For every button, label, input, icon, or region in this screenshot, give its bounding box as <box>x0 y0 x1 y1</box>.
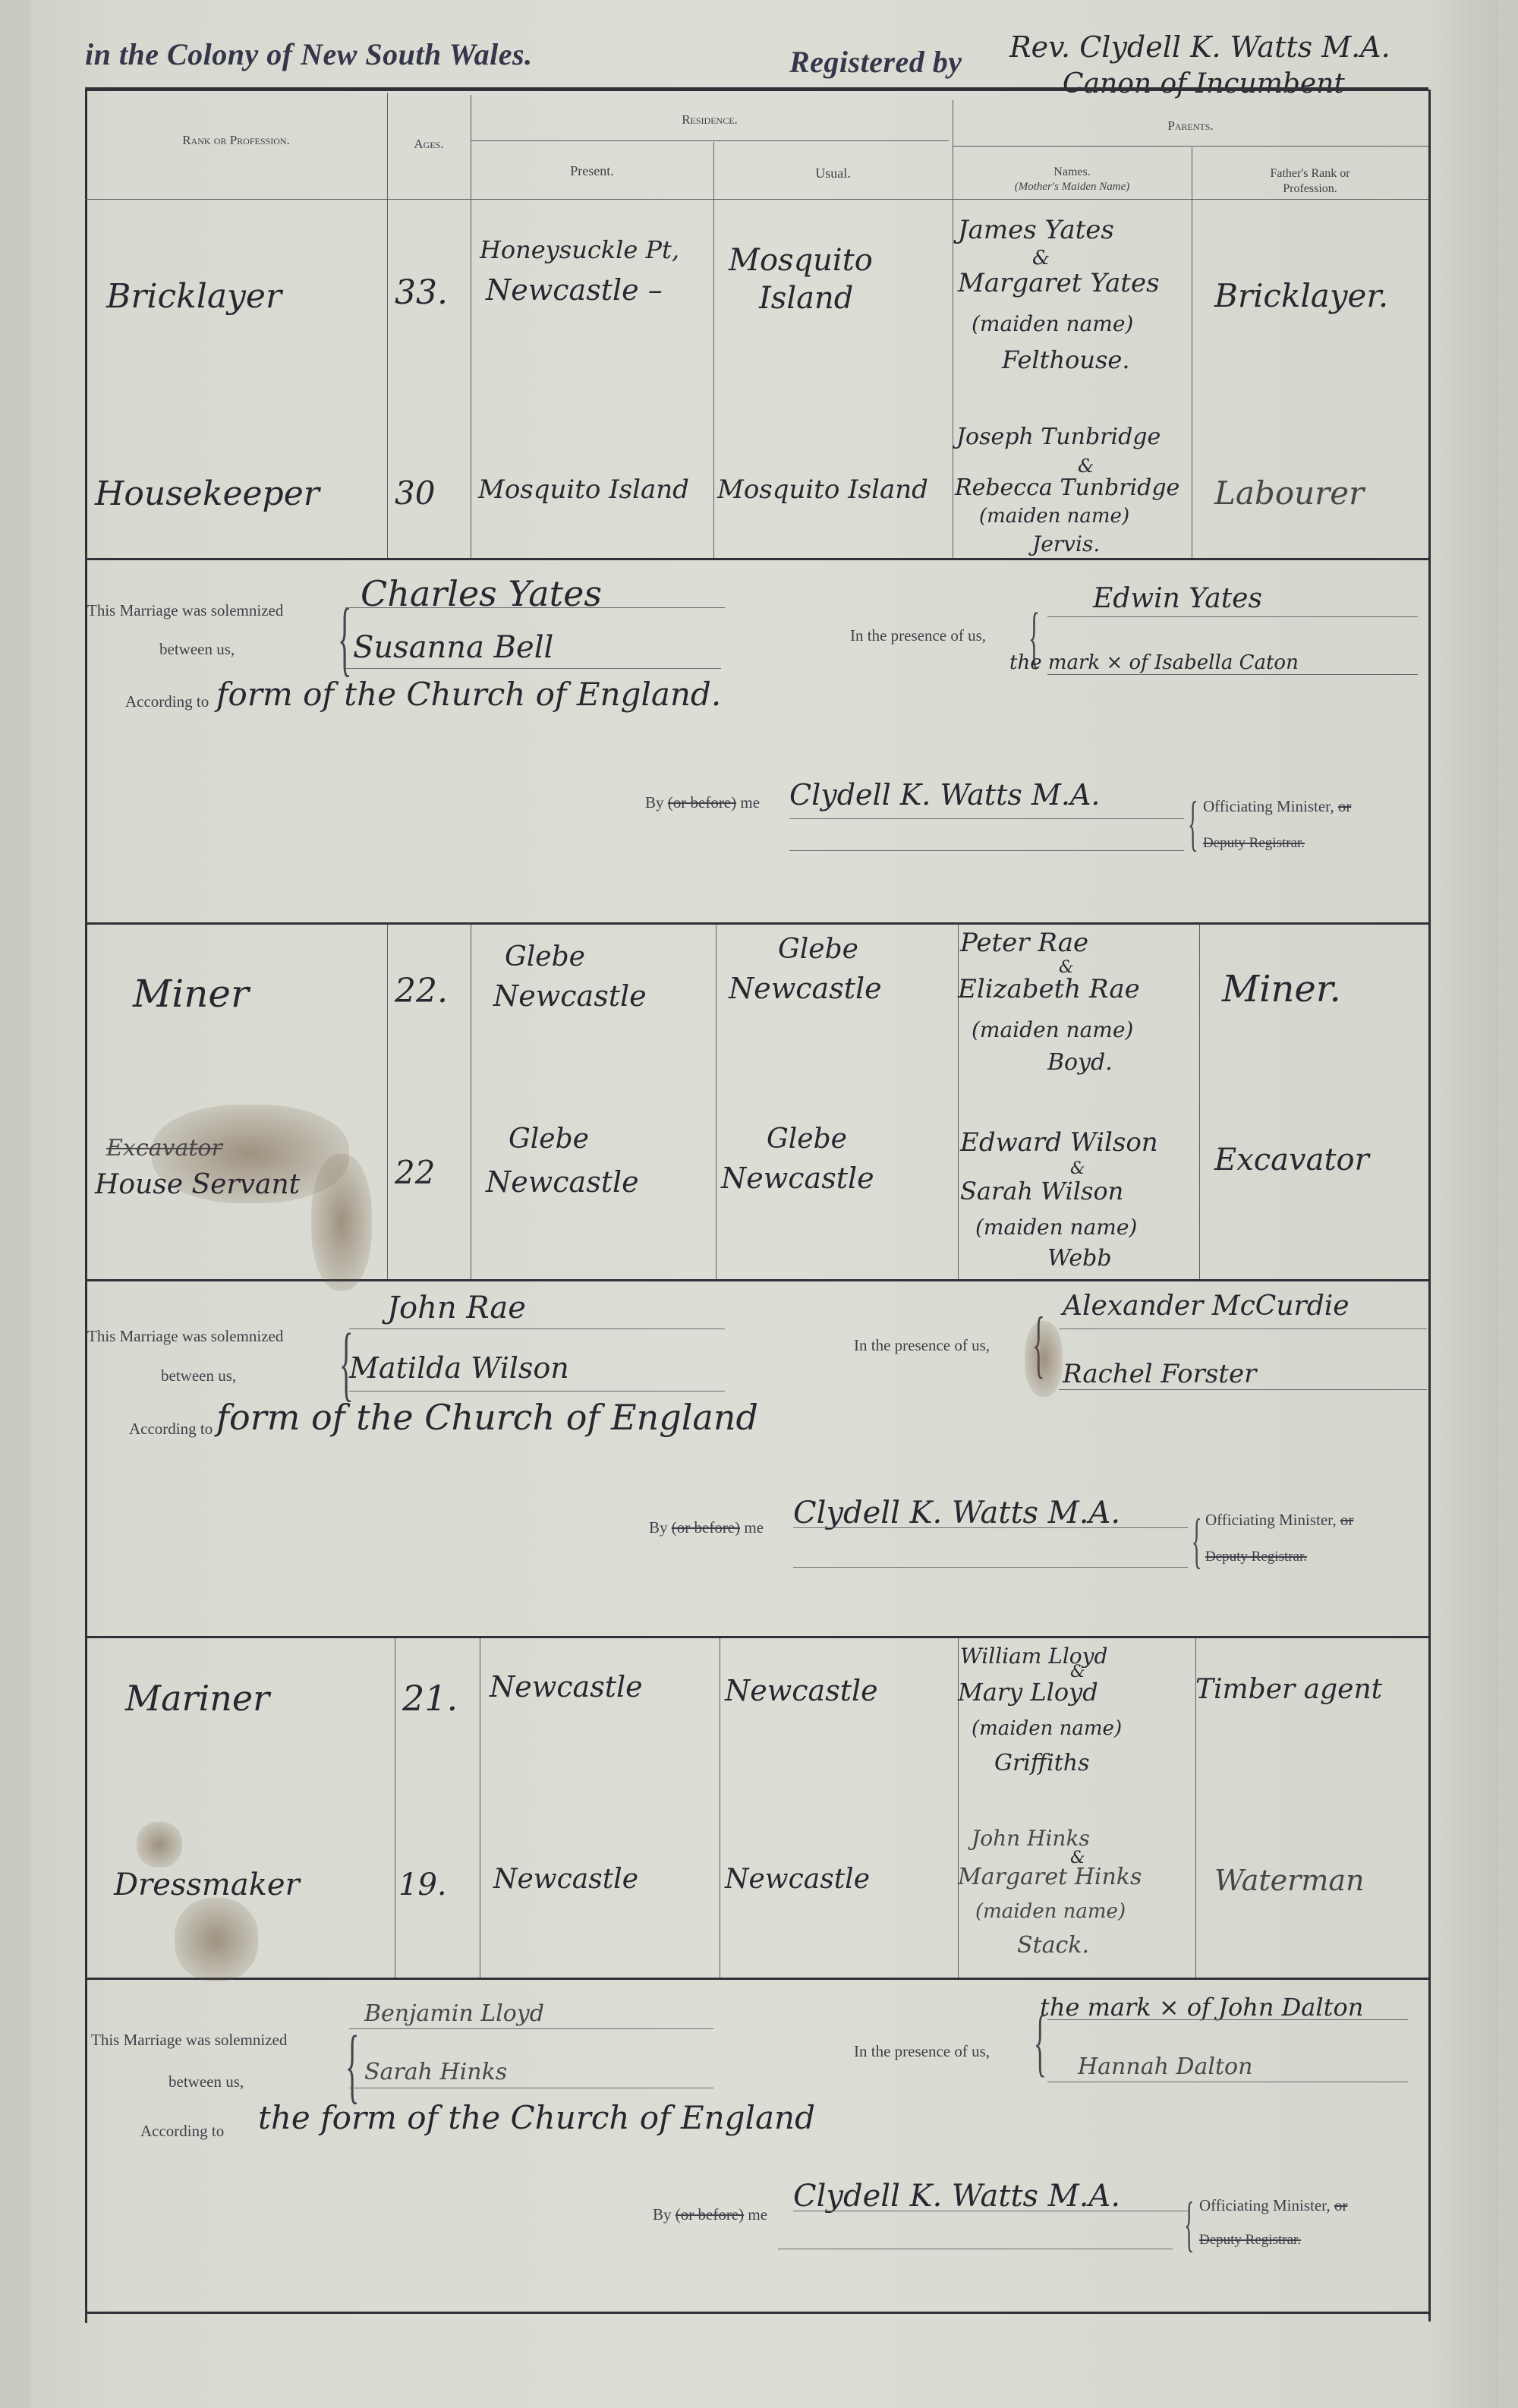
label-between: between us, <box>168 2072 244 2091</box>
minister-signature: Clydell K. Watts M.A. <box>793 1496 1120 1530</box>
groom-parents-5: Boyd. <box>1047 1049 1113 1076</box>
header-ages: Ages. <box>387 137 471 152</box>
signature-line <box>1047 2082 1408 2082</box>
signature-line <box>1059 1389 1427 1390</box>
label-officiating: Officiating Minister, or <box>1199 2196 1347 2215</box>
signature-line <box>793 1567 1188 1568</box>
signature-line <box>793 1527 1188 1528</box>
by-prefix: By <box>653 2205 672 2224</box>
signature-line <box>349 2088 713 2088</box>
table-bottom-border <box>85 2312 1428 2314</box>
groom-rank: Bricklayer <box>106 277 282 316</box>
signature-line <box>345 668 721 669</box>
label-deputy: Deputy Registrar. <box>1199 2232 1301 2249</box>
groom-parents-3: Mary Lloyd <box>958 1678 1098 1707</box>
bride-father-rank: Labourer <box>1214 474 1364 512</box>
signature-line <box>1047 674 1418 675</box>
label-presence: In the presence of us, <box>850 626 986 645</box>
label-according: According to <box>140 2122 224 2141</box>
groom-rank: Miner <box>133 972 249 1016</box>
groom-age: 21. <box>402 1678 458 1719</box>
groom-usual-2: Island <box>759 281 853 316</box>
groom-parents-1: James Yates <box>958 215 1114 245</box>
groom-parents-4: (maiden name) <box>972 311 1133 336</box>
bride-rank-struck: Excavator <box>106 1135 222 1161</box>
header-father-rank: Father's Rank or <box>1192 167 1428 181</box>
signature-line <box>1047 616 1418 617</box>
groom-parents-1: William Lloyd <box>960 1644 1107 1669</box>
bride-parents-4: (maiden name) <box>975 1900 1126 1923</box>
label-solemnized: This Marriage was solemnized <box>91 2031 287 2050</box>
minister-signature: Clydell K. Watts M.A. <box>789 778 1100 812</box>
col-divider <box>471 922 471 1279</box>
bride-parents-2: & <box>1078 455 1094 477</box>
groom-parents-4: (maiden name) <box>972 1717 1122 1740</box>
bride-parents-4: (maiden name) <box>979 505 1129 528</box>
label-solemnized: This Marriage was solemnized <box>87 601 283 620</box>
label-between: between us, <box>161 1366 236 1385</box>
label-officiating: Officiating Minister, or <box>1203 797 1351 816</box>
col-divider <box>395 1636 395 1978</box>
bride-rank: House Servant <box>95 1169 300 1200</box>
col-divider <box>480 1636 480 1978</box>
according-to-value: form of the Church of England. <box>216 676 721 713</box>
bride-rank: Housekeeper <box>95 474 320 513</box>
bride-parents-2: & <box>1070 1159 1085 1178</box>
witness-1: Alexander McCurdie <box>1063 1291 1350 1322</box>
groom-present-2: Newcastle – <box>486 273 663 307</box>
bride-rank: Dressmaker <box>114 1867 300 1902</box>
groom-usual-1: Mosquito <box>729 243 873 278</box>
bride-father-rank: Excavator <box>1214 1143 1369 1177</box>
brace-icon: { <box>338 596 351 679</box>
witness-2: the mark × of Isabella Caton <box>1009 651 1299 674</box>
groom-father-rank: Timber agent <box>1195 1674 1382 1705</box>
bride-name: Sarah Hinks <box>364 2059 507 2085</box>
signature-line <box>349 2028 713 2029</box>
bride-parents-1: John Hinks <box>972 1826 1090 1851</box>
col-divider <box>953 100 953 559</box>
bride-usual: Mosquito Island <box>717 474 928 505</box>
groom-parents-1: Peter Rae <box>960 928 1088 958</box>
groom-father-rank: Miner. <box>1222 968 1341 1010</box>
registered-by-label: Registered by <box>789 44 962 80</box>
colony-heading: in the Colony of New South Wales. <box>85 36 533 72</box>
officiating-text: Officiating Minister, <box>1199 2196 1331 2214</box>
bride-parents-4: (maiden name) <box>975 1215 1137 1240</box>
label-by: By (or before) me <box>653 2205 767 2224</box>
by-struck: (or before) <box>672 1518 740 1537</box>
ink-stain <box>175 1898 258 1981</box>
witness-2: Rachel Forster <box>1063 1359 1256 1389</box>
groom-present: Newcastle <box>490 1670 643 1704</box>
ink-stain <box>137 1822 182 1867</box>
header-rank: Rank or Profession. <box>85 133 387 148</box>
groom-present-1: Glebe <box>505 941 585 972</box>
label-presence: In the presence of us, <box>854 1336 990 1355</box>
groom-present-2: Newcastle <box>493 979 647 1013</box>
parents-divider <box>953 146 1428 147</box>
signature-line <box>789 850 1184 851</box>
label-by: By (or before) me <box>649 1518 764 1537</box>
groom-age: 33. <box>395 273 448 312</box>
bride-usual-1: Glebe <box>767 1124 847 1155</box>
bride-present: Mosquito Island <box>478 474 689 505</box>
label-according: According to <box>125 692 209 711</box>
by-suffix: me <box>744 1518 764 1537</box>
groom-rank: Mariner <box>125 1678 269 1719</box>
brace-icon: { <box>345 2023 359 2107</box>
by-suffix: me <box>748 2205 767 2224</box>
table-left-border <box>85 87 87 2323</box>
col-divider <box>716 922 716 1279</box>
groom-parents-5: Griffiths <box>994 1750 1090 1776</box>
witness-1: Edwin Yates <box>1093 583 1262 614</box>
bride-parents-5: Stack. <box>1017 1932 1089 1959</box>
witness-2: Hannah Dalton <box>1078 2053 1252 2080</box>
by-prefix: By <box>649 1518 668 1537</box>
bride-age: 22 <box>395 1154 435 1191</box>
groom-parents-5: Felthouse. <box>1002 345 1130 374</box>
by-prefix: By <box>645 793 664 812</box>
section-rule <box>85 1279 1428 1281</box>
brace-icon: { <box>1188 793 1198 854</box>
label-by: By (or before) me <box>645 793 760 812</box>
header-parents: Parents. <box>953 118 1428 134</box>
bride-parents-1: Edward Wilson <box>960 1127 1158 1158</box>
bride-parents-1: Joseph Tunbridge <box>956 424 1161 450</box>
header-names: Names. <box>953 165 1192 179</box>
groom-usual: Newcastle <box>725 1674 878 1707</box>
section-rule <box>85 922 1428 925</box>
bride-name: Susanna Bell <box>353 630 553 665</box>
bride-age: 19. <box>398 1867 447 1902</box>
officiating-text: Officiating Minister, <box>1205 1511 1337 1529</box>
groom-parents-2: & <box>1032 247 1050 269</box>
header-bottom-rule <box>85 199 1428 200</box>
section-rule <box>85 1978 1428 1980</box>
ink-stain <box>1025 1321 1063 1397</box>
bride-usual-2: Newcastle <box>721 1161 874 1195</box>
groom-father-rank: Bricklayer. <box>1214 277 1388 314</box>
brace-icon: { <box>1184 2194 1194 2255</box>
bride-parents-5: Webb <box>1047 1245 1112 1272</box>
col-divider <box>387 922 388 1279</box>
section-rule <box>85 558 1428 560</box>
bride-age: 30 <box>395 474 435 512</box>
section-rule <box>85 1636 1428 1638</box>
groom-parents-3: Margaret Yates <box>958 268 1160 298</box>
groom-name: John Rae <box>387 1291 526 1325</box>
signature-line <box>789 818 1184 819</box>
label-deputy: Deputy Registrar. <box>1205 1549 1307 1565</box>
label-between: between us, <box>159 640 235 659</box>
bride-parents-3: Margaret Hinks <box>958 1864 1142 1890</box>
or-struck: or <box>1340 1511 1354 1529</box>
bride-parents-3: Rebecca Tunbridge <box>955 474 1179 501</box>
bride-parents-5: Jervis. <box>1032 531 1100 556</box>
witness-1: the mark × of John Dalton <box>1040 1993 1363 2022</box>
by-suffix: me <box>740 793 760 812</box>
col-divider <box>1199 922 1200 1279</box>
groom-usual-1: Glebe <box>778 934 858 965</box>
col-divider <box>1192 147 1192 559</box>
label-officiating: Officiating Minister, or <box>1205 1511 1353 1530</box>
col-divider <box>471 95 471 559</box>
groom-parents-3: Elizabeth Rae <box>958 974 1140 1004</box>
brace-icon: { <box>1192 1511 1201 1571</box>
registered-by-title: Canon of Incumbent <box>1063 68 1345 99</box>
label-solemnized: This Marriage was solemnized <box>87 1327 283 1346</box>
signature-line <box>349 1328 725 1329</box>
groom-parents-4: (maiden name) <box>972 1017 1133 1042</box>
officiating-text: Officiating Minister, <box>1203 797 1334 815</box>
ink-stain <box>311 1154 372 1291</box>
groom-age: 22. <box>395 972 448 1010</box>
table-top-border <box>85 87 1428 91</box>
signature-line <box>345 607 725 608</box>
groom-present-1: Honeysuckle Pt, <box>480 235 679 264</box>
bride-present: Newcastle <box>493 1864 638 1895</box>
minister-signature: Clydell K. Watts M.A. <box>793 2179 1120 2214</box>
header-present: Present. <box>471 163 713 179</box>
or-struck: or <box>1338 797 1352 815</box>
signature-line <box>793 2211 1188 2211</box>
col-divider <box>387 93 388 559</box>
bride-present-2: Newcastle <box>486 1165 639 1199</box>
residence-divider <box>471 140 949 141</box>
by-struck: (or before) <box>676 2205 744 2224</box>
col-divider <box>713 142 714 559</box>
according-to-value: the form of the Church of England <box>258 2099 815 2136</box>
groom-usual-2: Newcastle <box>729 972 882 1005</box>
signature-line <box>778 2249 1173 2249</box>
groom-name: Benjamin Lloyd <box>364 2000 544 2027</box>
col-divider <box>720 1636 720 1978</box>
signature-line <box>1047 2019 1408 2020</box>
bride-parents-3: Sarah Wilson <box>960 1177 1123 1206</box>
or-struck: or <box>1334 2196 1348 2214</box>
according-to-value: form of the Church of England <box>216 1397 758 1438</box>
header-usual: Usual. <box>713 165 953 181</box>
label-presence: In the presence of us, <box>854 2042 990 2061</box>
registered-by-signature: Rev. Clydell K. Watts M.A. <box>1009 30 1390 64</box>
bride-usual: Newcastle <box>725 1864 870 1895</box>
label-according: According to <box>129 1420 213 1439</box>
signature-line <box>349 1391 725 1392</box>
bride-name: Matilda Wilson <box>349 1351 569 1385</box>
bride-present-1: Glebe <box>509 1124 589 1155</box>
header-father-rank-2: Profession. <box>1192 182 1428 196</box>
signature-line <box>1059 1328 1427 1329</box>
header-residence: Residence. <box>471 112 949 128</box>
label-deputy: Deputy Registrar. <box>1203 835 1305 852</box>
header-names-sub: (Mother's Maiden Name) <box>953 181 1192 194</box>
bride-father-rank: Waterman <box>1214 1864 1365 1897</box>
by-struck: (or before) <box>668 793 736 812</box>
table-right-border <box>1428 90 1431 2321</box>
